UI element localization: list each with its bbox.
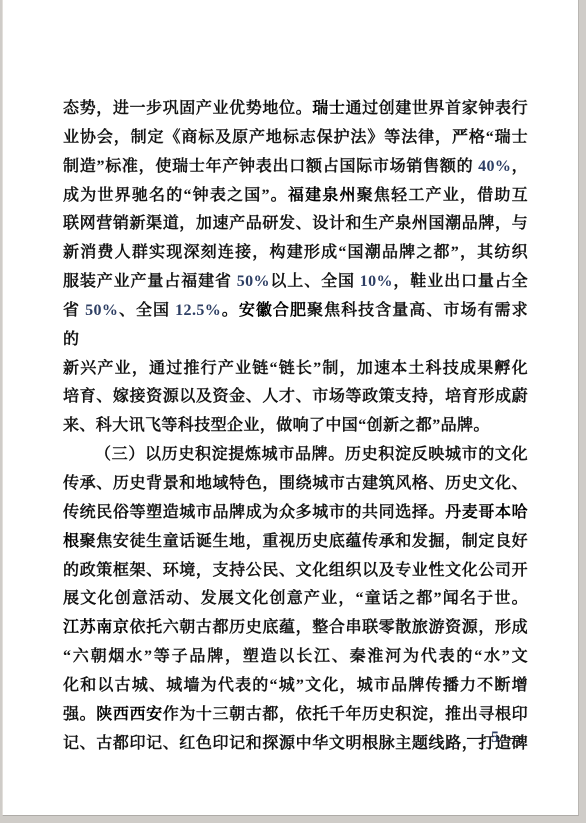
body-text: 化和以古城、城墙为代表的“城”文化，城市品牌传播力不断增 bbox=[63, 677, 528, 694]
emphasized-text: 丹麦哥本哈 bbox=[445, 504, 528, 521]
text-line: 新兴产业，通过推行产业链“链长”制，加速本土科技成果孵化 bbox=[63, 355, 528, 384]
body-text: 。 bbox=[221, 302, 239, 319]
body-text: （三）以历史积淀提炼城市品牌。历史积淀反映城市的文化 bbox=[95, 446, 528, 463]
body-text: ， bbox=[511, 158, 528, 175]
text-line: 展文化创意活动、发展文化创意产业，“童话之都”闻名于世。 bbox=[63, 585, 528, 614]
text-line: 服装产业产量占福建省 50%以上、全国 10%，鞋业出口量占全 bbox=[63, 268, 528, 297]
page-number: —5— bbox=[467, 727, 524, 749]
text-line: 传承、历史背景和地域特色，围绕城市古建筑风格、历史文化、 bbox=[63, 470, 528, 499]
body-text: 成为世界驰名的“钟表之国”。 bbox=[63, 187, 288, 204]
page-number-left-dash: — bbox=[467, 729, 484, 746]
page-number-value: 5 bbox=[491, 729, 500, 746]
body-text: 新消费人群实现深刻连接，构建形成“国潮品牌之都”，其纺织 bbox=[63, 244, 528, 261]
body-text: 的政策框架、环境，支持公民、文化组织以及专业性文化公司开 bbox=[63, 562, 528, 579]
document-body: 态势，进一步巩固产业优势地位。瑞士通过创建世界首家钟表行业协会，制定《商标及原产… bbox=[63, 95, 528, 758]
body-text: 展文化创意活动、发展文化创意产业，“童话之都”闻名于世。 bbox=[63, 590, 528, 607]
body-text: 联网营销新渠道，加速产品研发、设计和生产泉州国潮品牌，与 bbox=[63, 215, 528, 232]
body-text: 记、古都印记、红色印记和探源中华文明根脉主题线路，打造碑 bbox=[63, 735, 528, 752]
body-text: 通过创建世界首家钟表行 bbox=[345, 100, 528, 117]
body-text: 传统民俗等塑造城市品牌成为众多城市的共同选择。 bbox=[63, 504, 445, 521]
text-line: 的政策框架、环境，支持公民、文化组织以及专业性文化公司开 bbox=[63, 557, 528, 586]
emphasized-text: 江苏南京 bbox=[63, 619, 129, 636]
body-text: 省 bbox=[63, 302, 85, 319]
emphasized-text: 福建泉州 bbox=[288, 187, 357, 204]
body-text: 培育、嫁接资源以及资金、人才、市场等政策支持，培育形成蔚 bbox=[63, 388, 528, 405]
body-text: 来、科大讯飞等科技型企业，做响了中国“创新之都”品牌。 bbox=[63, 417, 490, 434]
text-line: 记、古都印记、红色印记和探源中华文明根脉主题线路，打造碑 bbox=[63, 730, 528, 759]
text-line: 培育、嫁接资源以及资金、人才、市场等政策支持，培育形成蔚 bbox=[63, 383, 528, 412]
text-line: 根聚焦安徒生童话诞生地，重视历史底蕴传承和发掘，制定良好 bbox=[63, 528, 528, 557]
body-text: 业协会，制定《商标及原产地标志保护法》等法律，严格“瑞士 bbox=[63, 129, 528, 146]
emphasized-text: 瑞士 bbox=[312, 100, 345, 117]
numeric-text: 40% bbox=[478, 158, 511, 175]
body-text: 服装产业产量占福建省 bbox=[63, 273, 237, 290]
body-text: 制造”标准，使瑞士年产钟表出口额占国际市场销售额的 bbox=[63, 158, 478, 175]
body-text: 态势，进一步巩固产业优势地位。 bbox=[63, 100, 312, 117]
text-line: （三）以历史积淀提炼城市品牌。历史积淀反映城市的文化 bbox=[63, 441, 528, 470]
text-line: “六朝烟水”等子品牌，塑造以长江、秦淮河为代表的“水”文 bbox=[63, 643, 528, 672]
text-line: 态势，进一步巩固产业优势地位。瑞士通过创建世界首家钟表行 bbox=[63, 95, 528, 124]
text-line: 传统民俗等塑造城市品牌成为众多城市的共同选择。丹麦哥本哈 bbox=[63, 499, 528, 528]
numeric-text: 12.5% bbox=[175, 302, 221, 319]
body-text: 聚焦轻工产业，借助互 bbox=[357, 187, 528, 204]
text-line: 制造”标准，使瑞士年产钟表出口额占国际市场销售额的 40%， bbox=[63, 153, 528, 182]
screenshot-root: { "colors": { "numeric_text": "#2d3e63",… bbox=[0, 0, 586, 823]
page-number-right-dash: — bbox=[507, 729, 524, 746]
emphasized-text: 根 bbox=[63, 533, 80, 550]
body-text: 、全国 bbox=[118, 302, 175, 319]
body-text: 强。 bbox=[63, 706, 96, 723]
emphasized-text: 安徽合肥 bbox=[239, 302, 307, 319]
text-line: 来、科大讯飞等科技型企业，做响了中国“创新之都”品牌。 bbox=[63, 412, 528, 441]
text-line: 化和以古城、城墙为代表的“城”文化，城市品牌传播力不断增 bbox=[63, 672, 528, 701]
body-text: 新兴产业，通过推行产业链“链长”制，加速本土科技成果孵化 bbox=[63, 360, 528, 377]
body-text: 以上、全国 bbox=[270, 273, 360, 290]
body-text: 传承、历史背景和地域特色，围绕城市古建筑风格、历史文化、 bbox=[63, 475, 528, 492]
text-line: 成为世界驰名的“钟表之国”。福建泉州聚焦轻工产业，借助互 bbox=[63, 182, 528, 211]
text-line: 新消费人群实现深刻连接，构建形成“国潮品牌之都”，其纺织 bbox=[63, 239, 528, 268]
text-line: 江苏南京依托六朝古都历史底蕴，整合串联零散旅游资源，形成 bbox=[63, 614, 528, 643]
emphasized-text: 陕西西安 bbox=[96, 706, 162, 723]
numeric-text: 10% bbox=[360, 273, 393, 290]
text-line: 省 50%、全国 12.5%。安徽合肥聚焦科技含量高、市场有需求的 bbox=[63, 297, 528, 355]
body-text: 聚焦安徒生童话诞生地，重视历史底蕴传承和发掘，制定良好 bbox=[80, 533, 528, 550]
numeric-text: 50% bbox=[85, 302, 118, 319]
text-line: 联网营销新渠道，加速产品研发、设计和生产泉州国潮品牌，与 bbox=[63, 210, 528, 239]
body-text: ，鞋业出口量占全 bbox=[393, 273, 528, 290]
body-text: 作为十三朝古都，依托千年历史积淀，推出寻根印 bbox=[163, 706, 528, 723]
numeric-text: 50% bbox=[237, 273, 270, 290]
text-line: 强。陕西西安作为十三朝古都，依托千年历史积淀，推出寻根印 bbox=[63, 701, 528, 730]
body-text: 依托六朝古都历史底蕴，整合串联零散旅游资源，形成 bbox=[129, 619, 528, 636]
body-text: “六朝烟水”等子品牌，塑造以长江、秦淮河为代表的“水”文 bbox=[63, 648, 528, 665]
text-line: 业协会，制定《商标及原产地标志保护法》等法律，严格“瑞士 bbox=[63, 124, 528, 153]
